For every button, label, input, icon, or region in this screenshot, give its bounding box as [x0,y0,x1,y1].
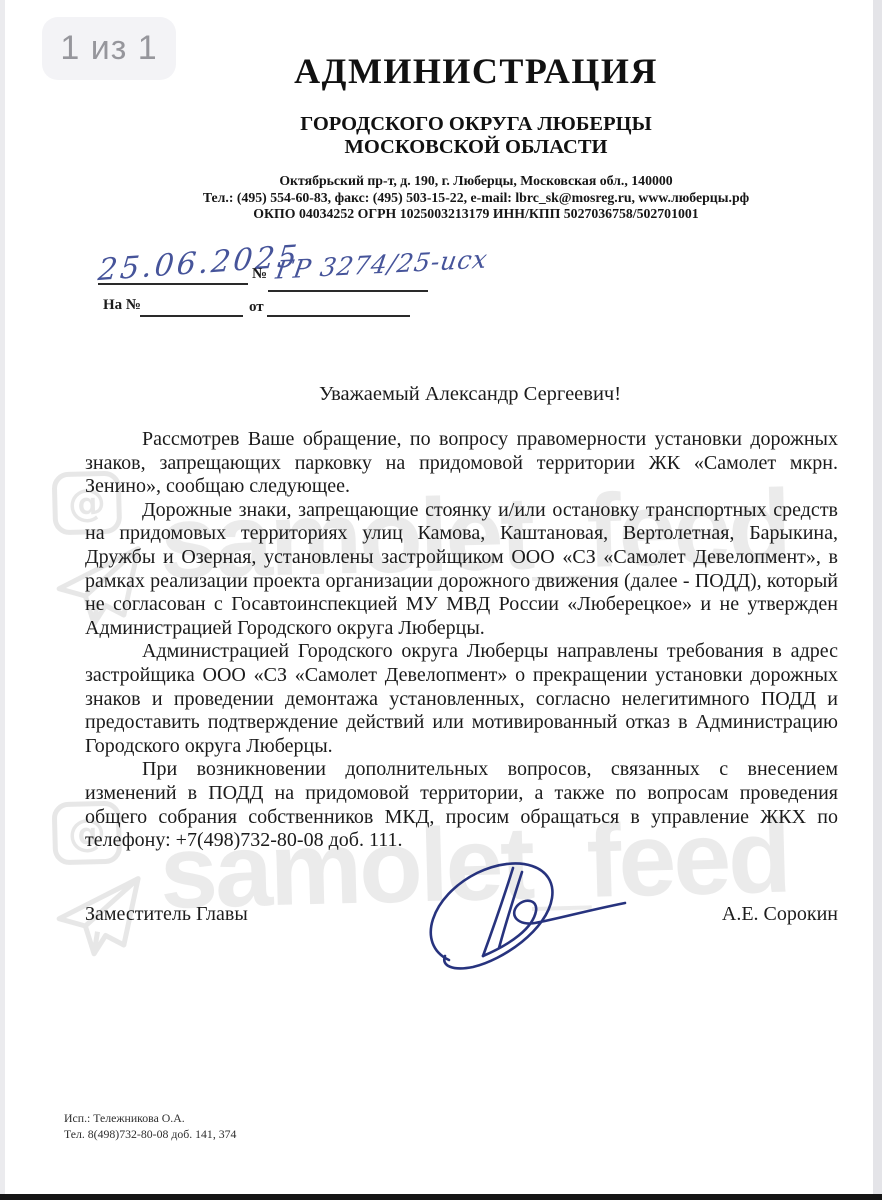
paragraph-1: Рассмотрев Ваше обращение, по вопросу пр… [85,428,838,499]
page-counter-label: 1 из 1 [60,29,157,68]
letter-body: Рассмотрев Ваше обращение, по вопросу пр… [85,428,838,853]
executor-footer: Исп.: Тележникова О.А. Тел. 8(498)732-80… [64,1110,236,1142]
reply-date-blank-line [267,315,410,317]
letterhead: АДМИНИСТРАЦИЯ ГОРОДСКОГО ОКРУГА ЛЮБЕРЦЫ … [96,0,856,223]
paragraph-3: Администрацией Городского округа Люберцы… [85,640,838,758]
org-subtitle-line2: МОСКОВСКОЙ ОБЛАСТИ [96,136,856,159]
paragraph-2: Дорожные знаки, запрещающие стоянку и/ил… [85,499,838,641]
salutation: Уважаемый Александр Сергеевич! [90,383,850,406]
handwritten-outgoing-number: ГР 3274/25-исх [274,244,490,284]
paragraph-4: При возникновении дополнительных вопросо… [85,758,838,852]
org-phone-email: Тел.: (495) 554-60-83, факс: (495) 503-1… [96,190,856,207]
org-address: Октябрьский пр-т, д. 190, г. Люберцы, Мо… [96,173,856,190]
date-underline [98,283,248,285]
org-subtitle: ГОРОДСКОГО ОКРУГА ЛЮБЕРЦЫ МОСКОВСКОЙ ОБЛ… [96,113,856,159]
signer-name: А.Е. Сорокин [722,903,838,926]
reply-from-date-label: от [249,299,264,316]
executor-name: Исп.: Тележникова О.А. [64,1110,236,1126]
document-viewer: { "page_badge": "1 из 1", "letterhead": … [0,0,882,1200]
signer-position: Заместитель Главы [85,903,248,926]
signature-scribble [415,856,630,974]
viewer-left-edge [0,0,5,1200]
page-counter-badge: 1 из 1 [42,17,176,80]
number-underline [268,290,428,292]
org-subtitle-line1: ГОРОДСКОГО ОКРУГА ЛЮБЕРЦЫ [96,113,856,136]
reply-to-number-label: На № [103,297,141,314]
reply-number-blank-line [140,315,243,317]
viewer-bottom-bar [0,1194,882,1200]
handwritten-date: 25.06.2025 [96,239,301,288]
org-title: АДМИНИСТРАЦИЯ [96,50,856,92]
viewer-right-edge [873,0,882,1200]
number-sign-label: № [252,266,267,283]
org-contacts: Октябрьский пр-т, д. 190, г. Люберцы, Мо… [96,173,856,223]
org-registry-codes: ОКПО 04034252 ОГРН 1025003213179 ИНН/КПП… [96,206,856,223]
executor-phone: Тел. 8(498)732-80-08 доб. 141, 374 [64,1126,236,1142]
